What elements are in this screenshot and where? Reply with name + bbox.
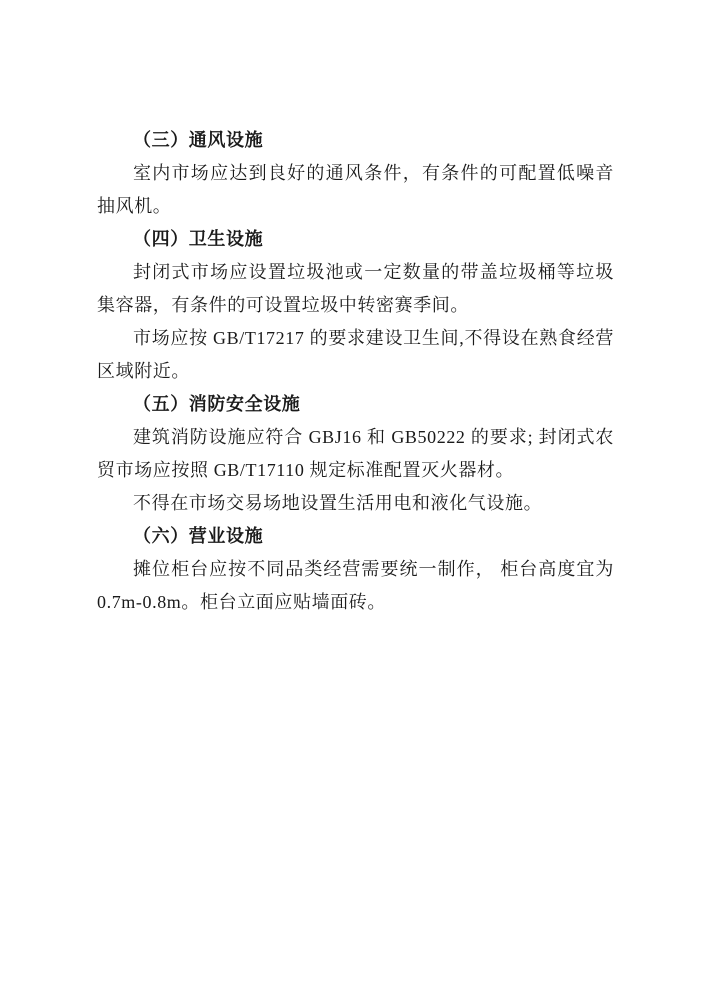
document-page: （三）通风设施 室内市场应达到良好的通风条件，有条件的可配置低噪音抽风机。 （四… bbox=[0, 0, 711, 1006]
paragraph-sanitation-2: 市场应按 GB/T17217 的要求建设卫生间,不得设在熟食经营区域附近。 bbox=[97, 322, 614, 388]
document-content: （三）通风设施 室内市场应达到良好的通风条件，有条件的可配置低噪音抽风机。 （四… bbox=[97, 124, 614, 619]
section-heading-sanitation: （四）卫生设施 bbox=[97, 223, 614, 256]
section-heading-ventilation: （三）通风设施 bbox=[97, 124, 614, 157]
section-heading-business-facilities: （六）营业设施 bbox=[97, 520, 614, 553]
section-heading-fire-safety: （五）消防安全设施 bbox=[97, 388, 614, 421]
paragraph-fire-safety-1: 建筑消防设施应符合 GBJ16 和 GB50222 的要求; 封闭式农贸市场应按… bbox=[97, 421, 614, 487]
paragraph-fire-safety-2: 不得在市场交易场地设置生活用电和液化气设施。 bbox=[97, 487, 614, 520]
paragraph-ventilation-1: 室内市场应达到良好的通风条件，有条件的可配置低噪音抽风机。 bbox=[97, 157, 614, 223]
paragraph-business-facilities-1: 摊位柜台应按不同品类经营需要统一制作， 柜台高度宜为0.7m-0.8m。柜台立面… bbox=[97, 553, 614, 619]
paragraph-sanitation-1: 封闭式市场应设置垃圾池或一定数量的带盖垃圾桶等垃圾集容器，有条件的可设置垃圾中转… bbox=[97, 256, 614, 322]
